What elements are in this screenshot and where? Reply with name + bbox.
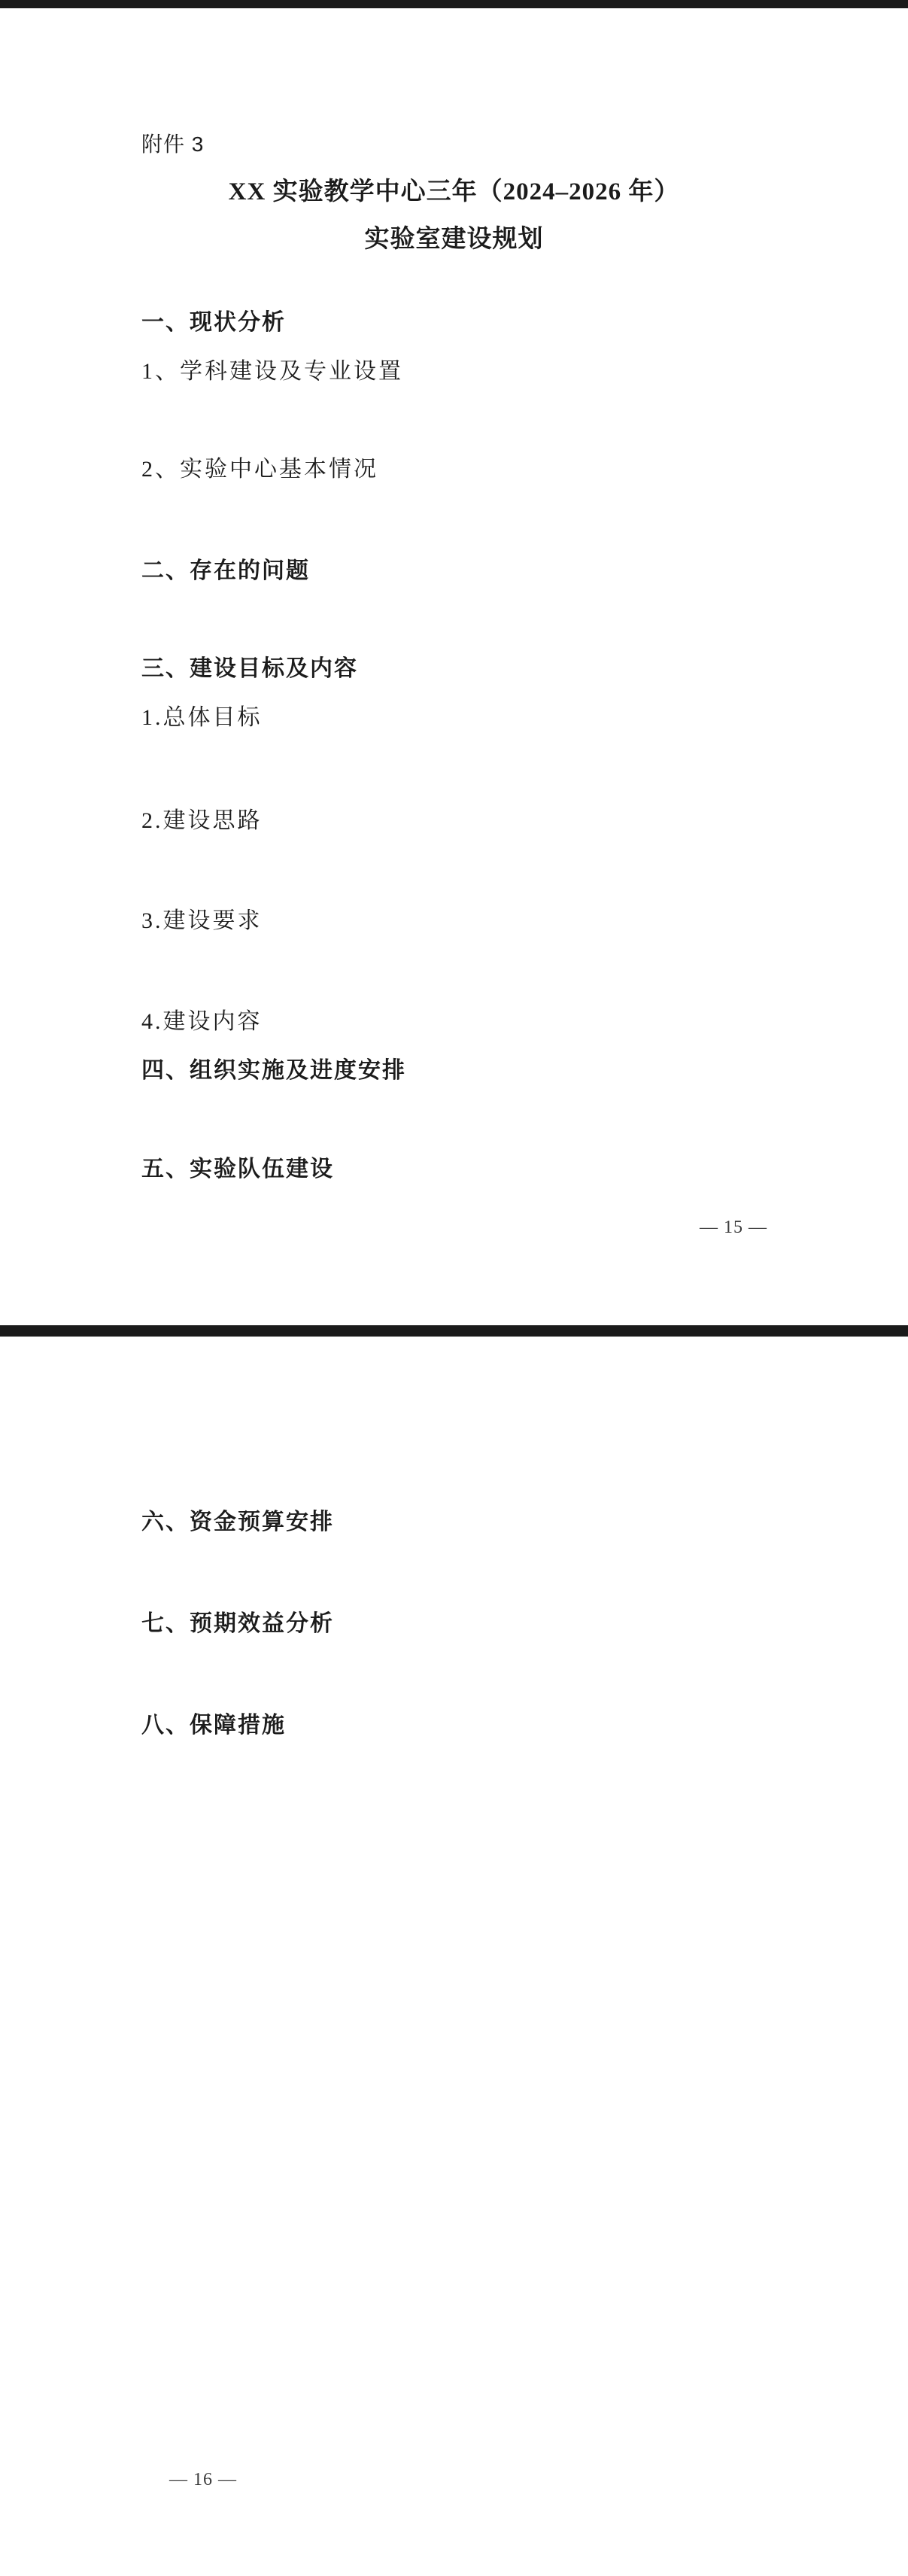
heading-existing-problems: 二、存在的问题 [141,558,310,585]
heading-expected-benefit-analysis: 七、预期效益分析 [141,1611,334,1638]
item-discipline-and-major-setup: 1、学科建设及专业设置 [141,359,403,385]
heading-construction-goals-and-content: 三、建设目标及内容 [141,656,358,683]
heading-implementation-and-schedule: 四、组织实施及进度安排 [141,1058,406,1084]
document-title-line-1: XX 实验教学中心三年（2024–2026 年） [0,178,908,207]
item-construction-content: 4.建设内容 [141,1009,263,1036]
document-viewer: 附件 3 XX 实验教学中心三年（2024–2026 年） 实验室建设规划 一、… [0,0,908,2576]
item-overall-goal: 1.总体目标 [141,705,263,731]
page-separator-bar [0,1325,908,1337]
item-lab-center-basic-situation: 2、实验中心基本情况 [141,457,378,483]
heading-safeguard-measures: 八、保障措施 [141,1713,286,1739]
heading-lab-team-building: 五、实验队伍建设 [141,1157,334,1183]
heading-current-status-analysis: 一、现状分析 [141,310,286,336]
document-title-line-2: 实验室建设规划 [0,226,908,254]
page-number-16: — 16 — [113,2470,293,2491]
viewer-top-edge-bar [0,0,908,8]
attachment-label: 附件 3 [141,132,204,157]
heading-budget-arrangement: 六、资金预算安排 [141,1510,334,1536]
page-number-15: — 15 — [639,1218,828,1239]
item-construction-approach: 2.建设思路 [141,808,263,835]
item-construction-requirements: 3.建设要求 [141,908,263,935]
